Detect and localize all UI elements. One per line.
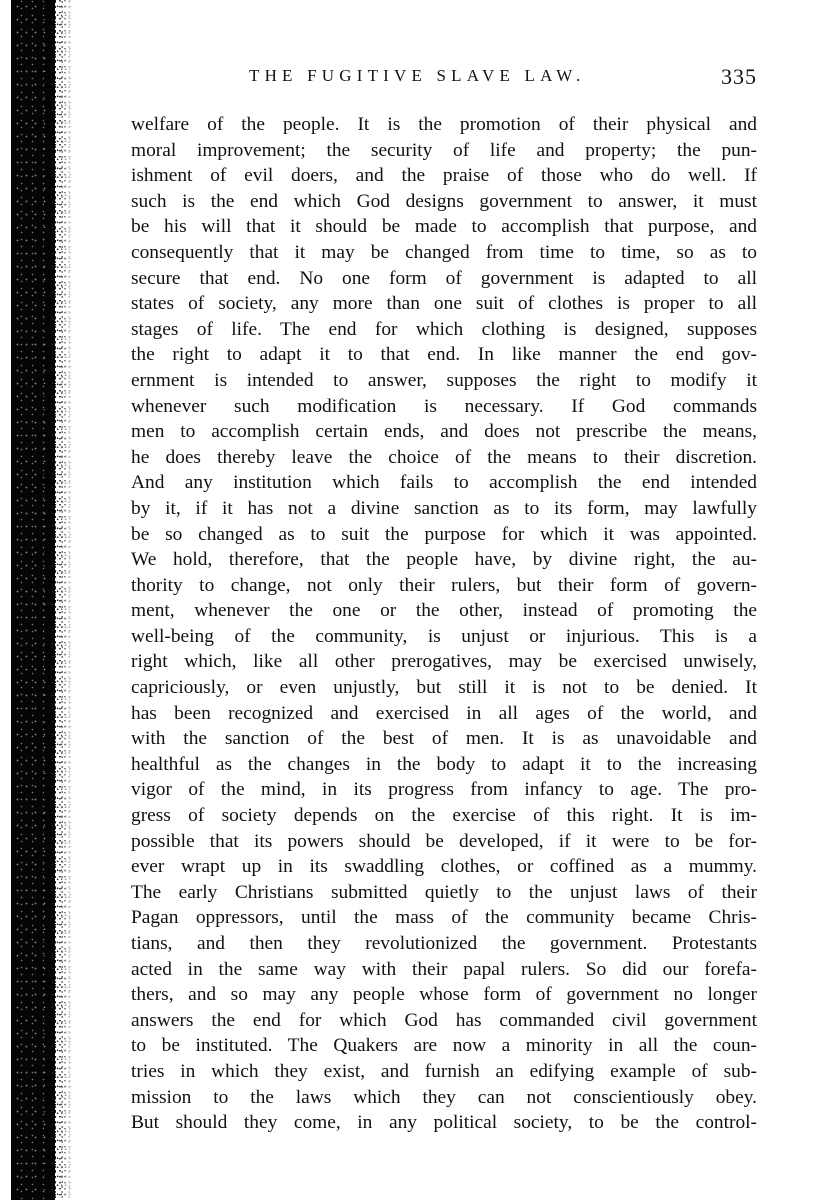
text-line: welfare of the people. It is the promoti… — [131, 112, 757, 138]
text-line: thority to change, not only their rulers… — [131, 573, 757, 599]
text-line: such is the end which God designs govern… — [131, 189, 757, 215]
text-line: And any institution which fails to accom… — [131, 470, 757, 496]
text-line: by it, if it has not a divine sanction a… — [131, 496, 757, 522]
text-line: be so changed as to suit the purpose for… — [131, 522, 757, 548]
text-line: healthful as the changes in the body to … — [131, 752, 757, 778]
text-line: with the sanction of the best of men. It… — [131, 726, 757, 752]
text-line: acted in the same way with their papal r… — [131, 957, 757, 983]
text-line: right which, like all other prerogatives… — [131, 649, 757, 675]
running-title: THE FUGITIVE SLAVE LAW. — [249, 66, 585, 86]
text-line: possible that its powers should be devel… — [131, 829, 757, 855]
text-line: Pagan oppressors, until the mass of the … — [131, 905, 757, 931]
binding-fringe — [44, 0, 74, 1200]
text-line: tians, and then they revolutionized the … — [131, 931, 757, 957]
text-line: vigor of the mind, in its progress from … — [131, 777, 757, 803]
text-line: ernment is intended to answer, supposes … — [131, 368, 757, 394]
text-line: be his will that it should be made to ac… — [131, 214, 757, 240]
text-line: ever wrapt up in its swaddling clothes, … — [131, 854, 757, 880]
page-binding-edge — [0, 0, 80, 1200]
body-text: welfare of the people. It is the promoti… — [131, 112, 757, 1136]
text-line: the right to adapt it to that end. In li… — [131, 342, 757, 368]
text-line: But should they come, in any political s… — [131, 1110, 757, 1136]
text-line: ishment of evil doers, and the praise of… — [131, 163, 757, 189]
text-line: well-being of the community, is unjust o… — [131, 624, 757, 650]
running-head: THE FUGITIVE SLAVE LAW. 335 — [131, 66, 757, 94]
text-line: ment, whenever the one or the other, ins… — [131, 598, 757, 624]
text-line: answers the end for which God has comman… — [131, 1008, 757, 1034]
text-line: capriciously, or even unjustly, but stil… — [131, 675, 757, 701]
text-line: he does thereby leave the choice of the … — [131, 445, 757, 471]
text-line: to be instituted. The Quakers are now a … — [131, 1033, 757, 1059]
text-line: The early Christians submitted quietly t… — [131, 880, 757, 906]
text-line: tries in which they exist, and furnish a… — [131, 1059, 757, 1085]
text-line: mission to the laws which they can not c… — [131, 1085, 757, 1111]
text-line: thers, and so may any people whose form … — [131, 982, 757, 1008]
text-line: moral improvement; the security of life … — [131, 138, 757, 164]
text-line: consequently that it may be changed from… — [131, 240, 757, 266]
text-line: whenever such modification is necessary.… — [131, 394, 757, 420]
text-line: stages of life. The end for which clothi… — [131, 317, 757, 343]
text-line: secure that end. No one form of governme… — [131, 266, 757, 292]
text-line: gress of society depends on the exercise… — [131, 803, 757, 829]
text-line: states of society, any more than one sui… — [131, 291, 757, 317]
text-line: has been recognized and exercised in all… — [131, 701, 757, 727]
page-number: 335 — [721, 64, 757, 90]
text-line: We hold, therefore, that the people have… — [131, 547, 757, 573]
text-line: men to accomplish certain ends, and does… — [131, 419, 757, 445]
